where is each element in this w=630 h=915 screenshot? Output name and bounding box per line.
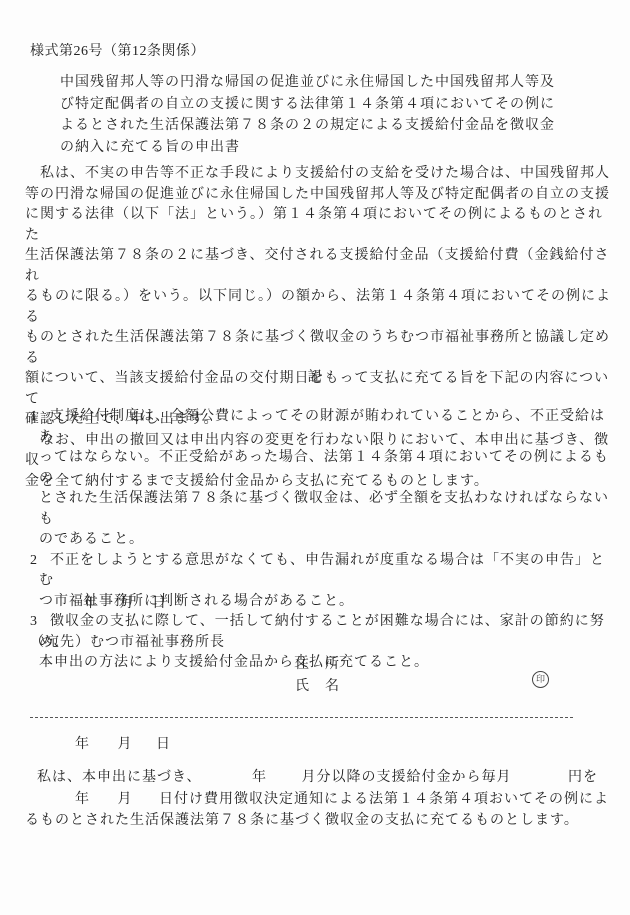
note-number: 1 bbox=[30, 407, 38, 428]
name-label: 氏 名 bbox=[295, 677, 340, 697]
document-title: 中国残留邦人等の円滑な帰国の促進並びに永住帰国した中国残留邦人等及び特定配偶者の… bbox=[60, 72, 580, 158]
text-line: ってはならない。不正受給があった場合、法第１４条第４項においてその例によるもの bbox=[39, 448, 619, 489]
text-line: 等の円滑な帰国の促進並びに永住帰国した中国残留邦人等及び特定配偶者の自立の支援 bbox=[25, 185, 617, 206]
month-label: 月 bbox=[120, 596, 135, 611]
text-line: の納入に充てる旨の申出書 bbox=[60, 137, 580, 159]
text-line: よるとされた生活保護法第７８条の２の規定による支援給付金品を徴収金 bbox=[60, 115, 580, 137]
text-line: ものとされた生活保護法第７８条に基づく徴収金のうちむつ市福祉事務所と協議し定める bbox=[25, 328, 617, 369]
year-label: 年 bbox=[83, 596, 98, 611]
date-line-upper: 年 月 日 bbox=[25, 594, 325, 614]
text-line: のであること。 bbox=[39, 530, 619, 551]
addressee-line: （宛先）むつ市福祉事務所長 bbox=[30, 633, 225, 653]
text-line: 私は、不実の申告等不正な手段により支援給付の支給を受けた場合は、中国残留邦人 bbox=[25, 164, 617, 185]
text-line: 不正をしようとする意思がなくても、申告漏れが度重なる場合は「不実の申告」とむ bbox=[39, 551, 619, 592]
form-number: 様式第26号（第12条関係） bbox=[30, 42, 205, 62]
seal-icon: 印 bbox=[532, 671, 549, 688]
year-label: 年 bbox=[75, 792, 90, 807]
bottom-paragraph: 私は、本申出に基づき、 年 月分以降の支援給付金から毎月 円を 年 月 日付け費… bbox=[25, 767, 619, 832]
statement-text: 月分以降の支援給付金から毎月 bbox=[301, 770, 511, 785]
text-line: 中国残留邦人等の円滑な帰国の促進並びに永住帰国した中国残留邦人等及 bbox=[60, 72, 580, 94]
statement-text: 私は、本申出に基づき、 bbox=[37, 770, 201, 785]
text-line: び特定配偶者の自立の支援に関する法律第１４条第４項においてその例に bbox=[60, 94, 580, 116]
text-line: に関する法律（以下「法」という。）第１４条第４項においてその例によるものとされた bbox=[25, 205, 617, 246]
bottom-paragraph-line1: 私は、本申出に基づき、 年 月分以降の支援給付金から毎月 円を bbox=[25, 767, 619, 789]
text-line: 生活保護法第７８条の２に基づき、交付される支援給付金品（支援給付費（金銭給付され bbox=[25, 246, 617, 287]
note-item-1: 1 支援給付制度は、全額公費によってその財源が賄われていることから、不正受給はあ… bbox=[25, 407, 619, 551]
year-label: 年 bbox=[252, 770, 267, 785]
note-text: 支援給付制度は、全額公費によってその財源が賄われていることから、不正受給はあって… bbox=[39, 407, 619, 551]
bottom-paragraph-line2: 年 月 日付け費用徴収決定通知による法第１４条第４項おいてその例によ bbox=[25, 789, 619, 811]
day-label: 日 bbox=[156, 737, 171, 752]
date-line-lower: 年 月 日 bbox=[25, 735, 325, 755]
year-label: 年 bbox=[75, 737, 90, 752]
month-label: 月 bbox=[118, 737, 133, 752]
month-label: 月 bbox=[118, 792, 133, 807]
note-number: 2 bbox=[30, 551, 38, 572]
text-line: るものに限る。）をいう。以下同じ。）の額から、法第１４条第４項においてその例によ… bbox=[25, 287, 617, 328]
bottom-paragraph-line3: るものとされた生活保護法第７８条に基づく徴収金の支払に充てるものとします。 bbox=[25, 810, 619, 832]
ki-heading: 記 bbox=[0, 368, 630, 388]
day-label: 日 bbox=[152, 596, 167, 611]
yen-label: 円を bbox=[568, 770, 598, 785]
document-page: 様式第26号（第12条関係） 中国残留邦人等の円滑な帰国の促進並びに永住帰国した… bbox=[0, 0, 630, 915]
section-divider-dashed bbox=[30, 717, 573, 718]
text-line: 支援給付制度は、全額公費によってその財源が賄われていることから、不正受給はあ bbox=[39, 407, 619, 448]
text-line: とされた生活保護法第７８条に基づく徴収金は、必ず全額を支払わなければならないも bbox=[39, 489, 619, 530]
statement-text: 日付け費用徴収決定通知による法第１４条第４項おいてその例によ bbox=[159, 792, 609, 807]
note-number: 3 bbox=[30, 612, 38, 633]
address-label: 住 所 bbox=[295, 655, 340, 675]
